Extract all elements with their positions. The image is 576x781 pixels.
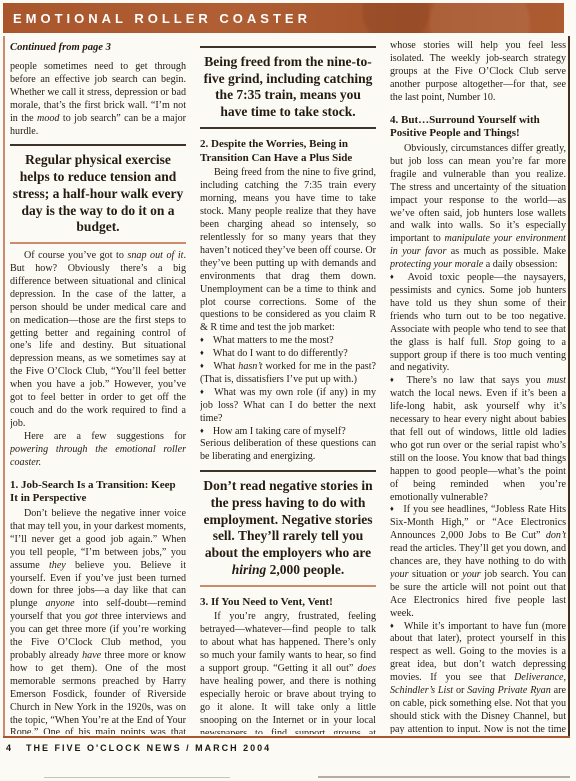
bullet-item: ♦While it’s important to have fun (more …	[390, 621, 566, 734]
scan-artifact-line	[318, 776, 570, 778]
divider-rule	[200, 470, 376, 472]
bullet-diamond-icon: ♦	[390, 504, 394, 513]
page-footer: 4 THE FIVE O'CLOCK NEWS / MARCH 2004	[6, 743, 271, 753]
publication-title: THE FIVE O'CLOCK NEWS / MARCH 2004	[26, 743, 271, 753]
pull-quote: Don’t read negative stories in the press…	[200, 478, 376, 578]
section-heading: 3. If You Need to Vent, Vent!	[200, 596, 376, 610]
divider-rule	[200, 46, 376, 48]
divider-rule	[10, 144, 186, 146]
bullet-item: ♦If you see headlines, “Jobless Rate Hit…	[390, 504, 566, 620]
continued-from-note: Continued from page 3	[10, 42, 186, 53]
scan-artifact-line	[44, 777, 230, 778]
section-heading: 1. Job-Search Is a Transition: Keep It i…	[10, 479, 186, 507]
banner-title: EMOTIONAL ROLLER COASTER	[13, 11, 311, 26]
column-3: whose stories will help you feel less is…	[390, 40, 566, 734]
body-paragraph: Don’t believe the negative inner voice t…	[10, 508, 186, 734]
body-paragraph: Obviously, circumstances differ greatly,…	[390, 143, 566, 272]
body-paragraph: people sometimes need to get through bef…	[10, 61, 186, 138]
body-paragraph: Being freed from the nine to five grind,…	[200, 167, 376, 335]
bottom-border-rule	[3, 736, 570, 738]
bullet-item: ♦What do I want to do differently?	[200, 348, 376, 361]
body-paragraph: Of course you’ve got to snap out of it. …	[10, 250, 186, 431]
divider-rule	[10, 242, 186, 244]
section-heading: 2. Despite the Worries, Being in Transit…	[200, 138, 376, 166]
bullet-diamond-icon: ♦	[390, 272, 399, 281]
page-number: 4	[6, 743, 13, 753]
bullet-diamond-icon: ♦	[390, 621, 395, 630]
right-border-rule	[568, 36, 570, 736]
article-body: Continued from page 3people sometimes ne…	[10, 40, 566, 734]
bullet-item: ♦Avoid toxic people—the naysayers, pessi…	[390, 272, 566, 375]
bullet-diamond-icon: ♦	[390, 375, 398, 384]
body-paragraph: Serious deliberation of these questions …	[200, 438, 376, 464]
bullet-diamond-icon: ♦	[200, 426, 204, 435]
bullet-diamond-icon: ♦	[200, 387, 205, 396]
bullet-diamond-icon: ♦	[200, 335, 204, 344]
bullet-diamond-icon: ♦	[200, 348, 204, 357]
body-paragraph: whose stories will help you feel less is…	[390, 40, 566, 105]
pull-quote: Being freed from the nine-to-five grind,…	[200, 54, 376, 121]
divider-rule	[200, 585, 376, 587]
left-border-rule	[3, 36, 5, 736]
body-paragraph: If you’re angry, frustrated, feeling bet…	[200, 611, 376, 734]
divider-rule	[200, 127, 376, 129]
bullet-item: ♦There’s no law that says you must watch…	[390, 375, 566, 504]
bullet-item: ♦What hasn’t worked for me in the past? …	[200, 361, 376, 387]
body-paragraph: Here are a few suggestions for powering …	[10, 431, 186, 470]
column-1: Continued from page 3people sometimes ne…	[10, 40, 186, 734]
column-2: Being freed from the nine-to-five grind,…	[200, 40, 376, 734]
page-banner: EMOTIONAL ROLLER COASTER	[3, 3, 564, 33]
bullet-item: ♦What matters to me the most?	[200, 335, 376, 348]
pull-quote: Regular physical exercise helps to reduc…	[10, 152, 186, 236]
bullet-diamond-icon: ♦	[200, 361, 204, 370]
bullet-item: ♦What was my own role (if any) in my job…	[200, 387, 376, 426]
bullet-item: ♦How am I taking care of myself?	[200, 426, 376, 439]
section-heading: 4. But…Surround Yourself with Positive P…	[390, 114, 566, 142]
